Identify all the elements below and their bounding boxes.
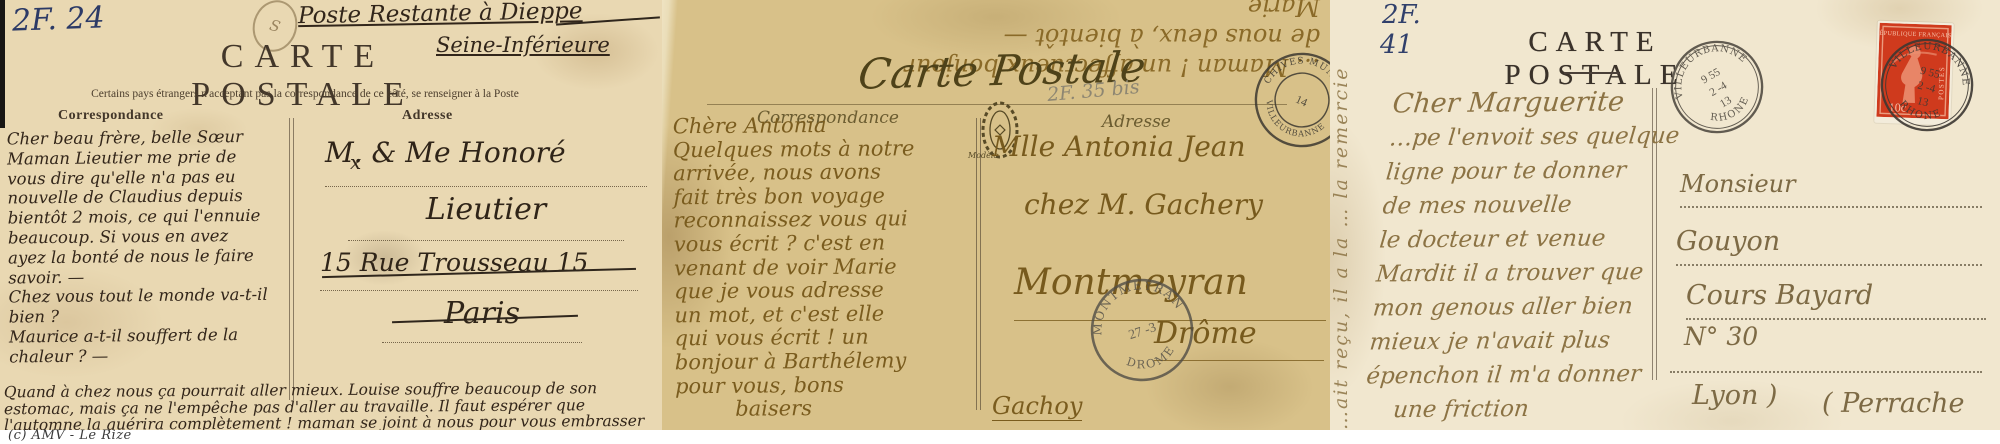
message-line: baisers [675, 396, 977, 422]
message-line: fait très bon voyage [673, 183, 975, 209]
message-line: Marie [668, 0, 1320, 22]
message-line: vous écrit ? c'est en [674, 231, 976, 257]
archive-ref: 2F. [1382, 0, 1421, 30]
route-annotation: Poste Restante à Dieppe [298, 0, 660, 29]
address-rule [1670, 370, 1982, 373]
message-line: ligne pour te donner [1384, 153, 1722, 190]
postmark-date: 27 -3 [1127, 319, 1159, 342]
message-line: Quelques mots à notre [673, 136, 975, 162]
message-line: Mardit il a trouver que [1375, 255, 1713, 292]
overflow-text: Quand à chez nous ça pourrait aller mieu… [4, 380, 659, 430]
address-line: Mlle Antonia Jean [992, 130, 1324, 163]
message-line: de mes nouvelle [1381, 187, 1719, 224]
correspondence-text: Chère Antonia Quelques mots à notre arri… [673, 113, 978, 422]
postcard-3: 2F. 41 …ait reçu, il a la … la remercie … [1330, 0, 2000, 430]
credit-line: (c) AMV - Le Rize [8, 428, 132, 443]
postcard-1: 2F. 24 S Poste Restante à Dieppe Seine-I… [0, 0, 662, 430]
message-line: Chez vous tout le monde va-t-il [8, 285, 292, 308]
address-line: chez M. Gachery [1024, 188, 1324, 221]
scan-edge-artifact [0, 0, 5, 128]
message-line: que je vous adresse [674, 278, 976, 304]
address-line: ( Perrache [1822, 388, 1964, 419]
correspondence-label: Correspondance [58, 108, 164, 124]
message-line: qui vous écrit ! un [675, 325, 977, 351]
address-line: Monsieur [1680, 170, 1982, 208]
address-label: Adresse [1102, 112, 1171, 132]
address-label: Adresse [402, 108, 453, 124]
handstamp-letter: S [268, 16, 283, 36]
postmark-day: 2 -4 [1916, 80, 1937, 96]
message-line: mon genous aller bien [1371, 289, 1709, 326]
archive-ref: 2F. 24 [11, 0, 105, 38]
message-line: arrivée, nous avons [673, 160, 975, 186]
archives-stamp-date: 14 [1294, 94, 1310, 110]
message-line: pour vous, bons [675, 372, 977, 398]
scanned-postcards-sheet: 2F. 24 S Poste Restante à Dieppe Seine-I… [0, 0, 2000, 444]
postmark-time: 9 55 [1919, 65, 1941, 82]
postmark-year: 13 [1916, 95, 1930, 109]
message-line: venant de voir Marie [674, 254, 976, 280]
card-title: CARTE POSTALE [88, 38, 518, 114]
title-divider [1564, 72, 1620, 74]
svg-text:DROME: DROME [1121, 340, 1181, 379]
message-line: reconnaissez vous qui [673, 207, 975, 233]
message-line: …pe l'envoit ses quelque [1388, 119, 1726, 156]
postcard-2: … Maman ! un affectueux bonjour de nous … [662, 0, 1330, 430]
message-line: bientôt 2 mois, ce qui l'ennuie [8, 206, 292, 229]
address-line: M. & Me Honoré [325, 136, 647, 187]
address-line: Gouyon [1676, 226, 1982, 266]
message-line: Cher Marguerite [1391, 85, 1729, 122]
address-line: N° 30 [1684, 322, 1758, 351]
message-line: un mot, et c'est elle [674, 301, 976, 327]
address-line: Cours Bayard [1686, 280, 1986, 320]
message-line: bonjour à Barthélemy [675, 349, 977, 375]
message-line: mieux je n'avait plus [1368, 323, 1706, 360]
address-line: Lieutier [348, 192, 624, 241]
printed-notice: Certains pays étrangers n'acceptant pas … [30, 88, 580, 100]
address-line: Lyon ) [1692, 380, 1777, 411]
correspondence-text: Cher Marguerite …pe l'envoit ses quelque… [1361, 85, 1728, 428]
postmark-dept-text: DROME [1121, 340, 1181, 379]
message-line: Chère Antonia [673, 113, 975, 139]
message-line: ayez la bonté de nous le faire [8, 245, 292, 268]
archive-ref: 41 [1380, 30, 1413, 60]
message-line: une friction [1361, 391, 1699, 428]
message-line: le docteur et venue [1378, 221, 1716, 258]
message-line: chaleur ? — [9, 344, 293, 367]
message-line: épenchon il m'a donner [1365, 357, 1703, 394]
signature: Gachoy [992, 392, 1082, 421]
vertical-margin-note: …ait reçu, il a la … la remercie [1330, 34, 1366, 430]
correspondence-text: Cher beau frère, belle Sœur Maman Lieuti… [7, 127, 293, 368]
